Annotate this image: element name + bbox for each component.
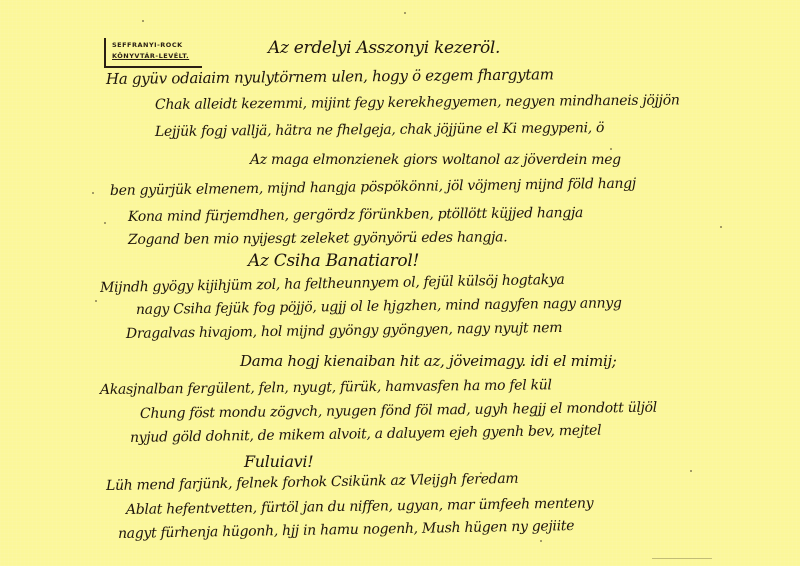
manuscript-line: Az maga elmonzienek giors woltanol az jö… <box>250 152 621 168</box>
manuscript-line: Dragalvas hivajom, hol mijnd gyöngy gyön… <box>126 320 562 342</box>
manuscript-line: Lejjük fogj valljä, hätra ne fhelgeja, c… <box>155 120 604 140</box>
manuscript-line: Ablat hefentvetten, fürtöl jan du niffen… <box>126 495 593 518</box>
manuscript-line: Chung föst mondu zögvch, nyugen fönd föl… <box>140 400 657 422</box>
scan-edge-mark <box>652 558 712 559</box>
manuscript-line: Kona mind fürjemdhen, gergördz förünkben… <box>128 205 583 225</box>
stamp-line-2: KÖNYVTÁR-LEVÉLT. <box>112 52 189 60</box>
library-stamp: SEFFRANYI-ROCK KÖNYVTÁR-LEVÉLT. <box>104 38 202 68</box>
manuscript-line: Ha gyüv odaiaim nyulytörnem ulen, hogy ö… <box>106 65 554 88</box>
document-title: Az erdelyi Asszonyi kezeröl. <box>268 38 500 58</box>
manuscript-line: Lüh mend farjünk, felnek forhok Csikünk … <box>106 471 519 494</box>
manuscript-line: Akasjnalban fergülent, feln, nyugt, fürü… <box>100 377 552 398</box>
manuscript-line: nyjud göld dohnit, de mikem alvoit, a da… <box>130 423 602 446</box>
manuscript-line: Mijndh gyögy kijihjüm zol, ha feltheunny… <box>100 272 565 296</box>
manuscript-line: Zogand ben mio nyijesgt zeleket gyönyörü… <box>128 229 507 248</box>
manuscript-line: nagy Csiha fejük fog pöjjö, ugjj ol le h… <box>136 295 622 318</box>
manuscript-page: SEFFRANYI-ROCK KÖNYVTÁR-LEVÉLT. Az erdel… <box>0 0 800 566</box>
manuscript-line: ben gyürjük elmenem, mijnd hangja pöspök… <box>110 176 636 199</box>
section-heading-inline: Dama hogj kienaiban hit az, jöveimagy. i… <box>240 352 617 370</box>
section-heading: Az Csiha Banatiarol! <box>248 251 419 271</box>
section-heading: Fuluiavi! <box>244 452 313 471</box>
stamp-line-1: SEFFRANYI-ROCK <box>112 41 183 49</box>
manuscript-line: Chak alleidt kezemmi, mijint fegy kerekh… <box>155 92 680 113</box>
manuscript-line: nagyt fürhenja hügonh, hjj in hamu nogen… <box>118 518 574 542</box>
